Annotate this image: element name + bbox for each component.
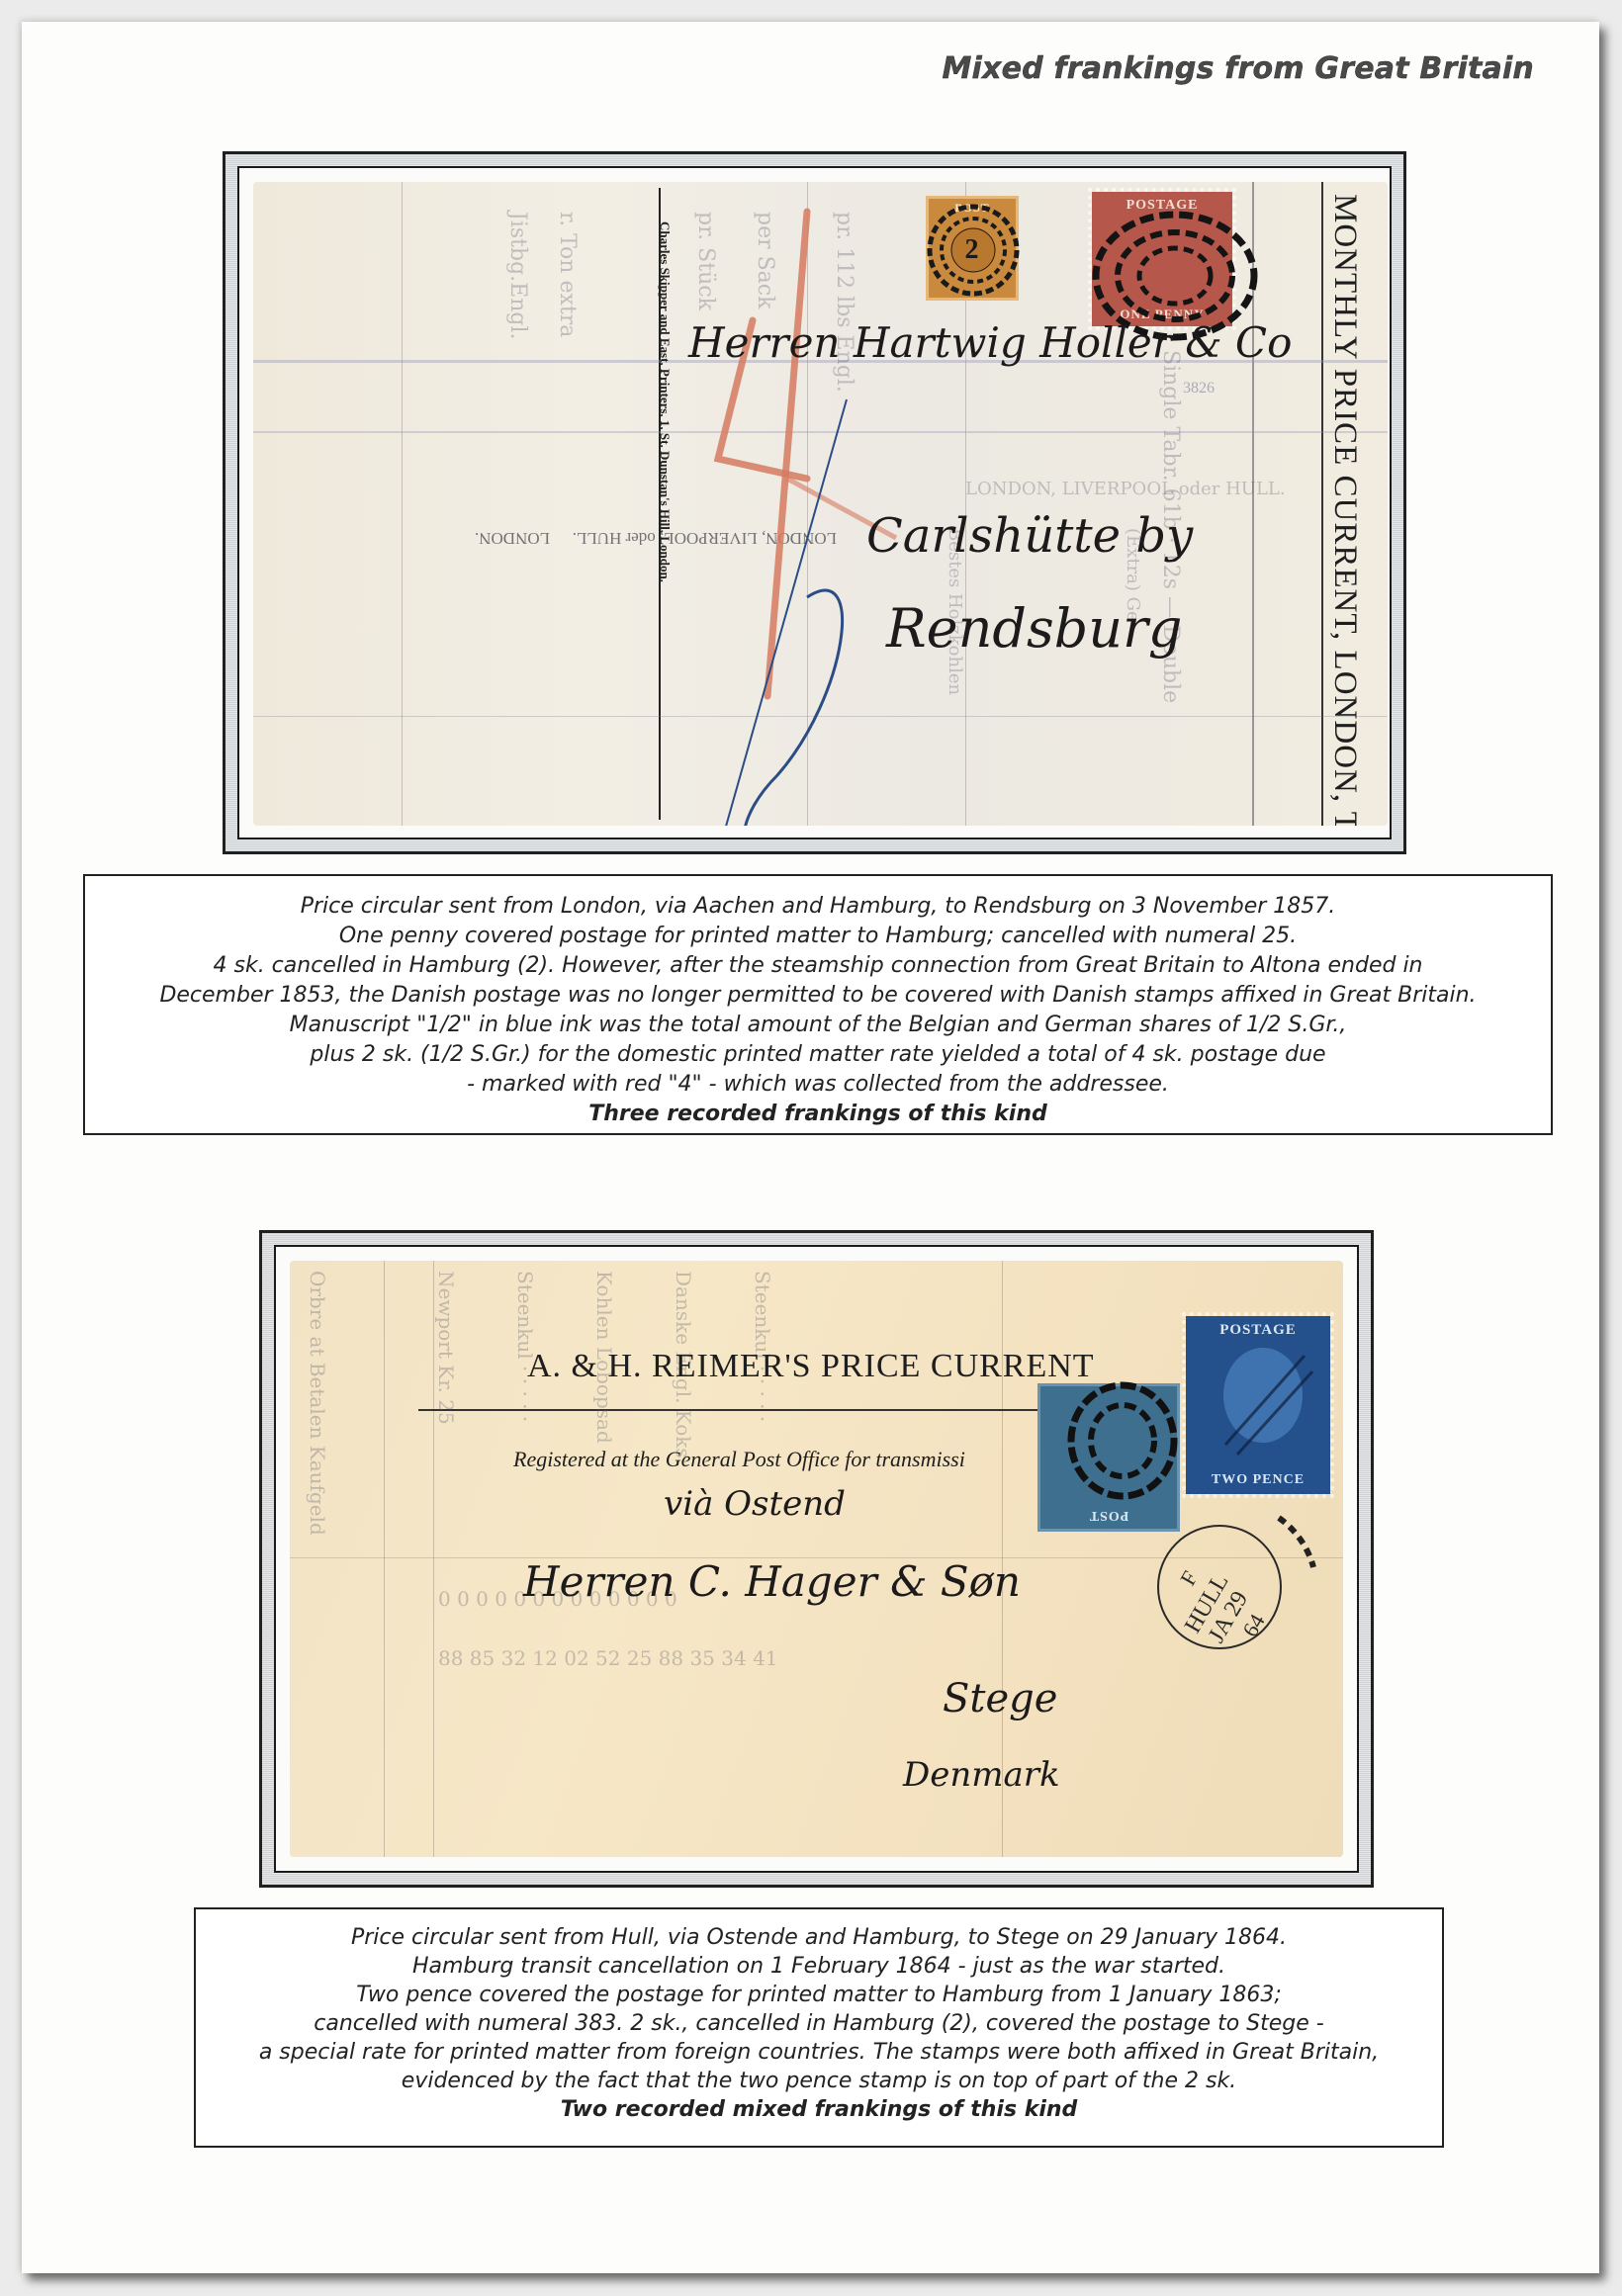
cover-2-printed-subheader: Registered at the General Post Office fo… <box>513 1447 965 1472</box>
page-title: Mixed frankings from Great Britain <box>943 51 1535 86</box>
caption-line: 4 sk. cancelled in Hamburg (2). However,… <box>85 951 1551 981</box>
caption-line: December 1853, the Danish postage was no… <box>85 981 1551 1011</box>
caption-line: - marked with red "4" - which was collec… <box>85 1070 1551 1100</box>
caption-line: evidenced by the fact that the two pence… <box>196 2067 1442 2095</box>
manuscript-marks <box>253 182 1341 826</box>
cover-1-frame: Jistbg.Engl. r. Ton extra pr. Stück per … <box>223 151 1406 854</box>
cover-2-mount: Orbre at Betalen Kaufgeld Newport Kr. 25… <box>274 1245 1359 1873</box>
address-line-2: Herren C. Hager & Søn <box>523 1557 1021 1606</box>
address-line-4: Denmark <box>903 1755 1060 1795</box>
caption-line: Price circular sent from London, via Aac… <box>85 892 1551 922</box>
queen-profile-icon <box>1186 1316 1330 1494</box>
caption-footer: Three recorded frankings of this kind <box>85 1100 1551 1129</box>
caption-line: plus 2 sk. (1/2 S.Gr.) for the domestic … <box>85 1040 1551 1070</box>
caption-line: Price circular sent from Hull, via Osten… <box>196 1923 1442 1952</box>
caption-line: Two pence covered the postage for printe… <box>196 1981 1442 2009</box>
cover-2-image: Orbre at Betalen Kaufgeld Newport Kr. 25… <box>290 1261 1343 1857</box>
address-line-3: Stege <box>943 1676 1057 1722</box>
album-page: Mixed frankings from Great Britain Jistb… <box>22 22 1599 2273</box>
caption-line: Hamburg transit cancellation on 1 Februa… <box>196 1952 1442 1981</box>
caption-line: Manuscript "1/2" in blue ink was the tot… <box>85 1011 1551 1040</box>
caption-line: One penny covered postage for printed ma… <box>85 922 1551 951</box>
address-line-3: Rendsburg <box>886 597 1182 660</box>
caption-line: cancelled with numeral 383. 2 sk., cance… <box>196 2009 1442 2038</box>
cover-1-caption: Price circular sent from London, via Aac… <box>83 874 1553 1135</box>
stamp-gb-two-pence: POSTAGE TWO PENCE <box>1186 1316 1330 1494</box>
cover-2-printed-header: A. & H. REIMER'S PRICE CURRENT <box>527 1348 1095 1385</box>
cover-1-mount: Jistbg.Engl. r. Ton extra pr. Stück per … <box>237 166 1392 839</box>
caption-line: a special rate for printed matter from f… <box>196 2038 1442 2067</box>
caption-footer: Two recorded mixed frankings of this kin… <box>196 2095 1442 2124</box>
cover-2-caption: Price circular sent from Hull, via Osten… <box>194 1907 1444 2148</box>
cover-2-frame: Orbre at Betalen Kaufgeld Newport Kr. 25… <box>259 1230 1374 1888</box>
cover-1-image: Jistbg.Engl. r. Ton extra pr. Stück per … <box>253 182 1388 826</box>
address-line-2: Carlshütte by <box>866 508 1193 564</box>
address-line-1: Herren Hartwig Holler & Co <box>688 318 1292 367</box>
address-line-1: vià Ostend <box>664 1484 846 1524</box>
